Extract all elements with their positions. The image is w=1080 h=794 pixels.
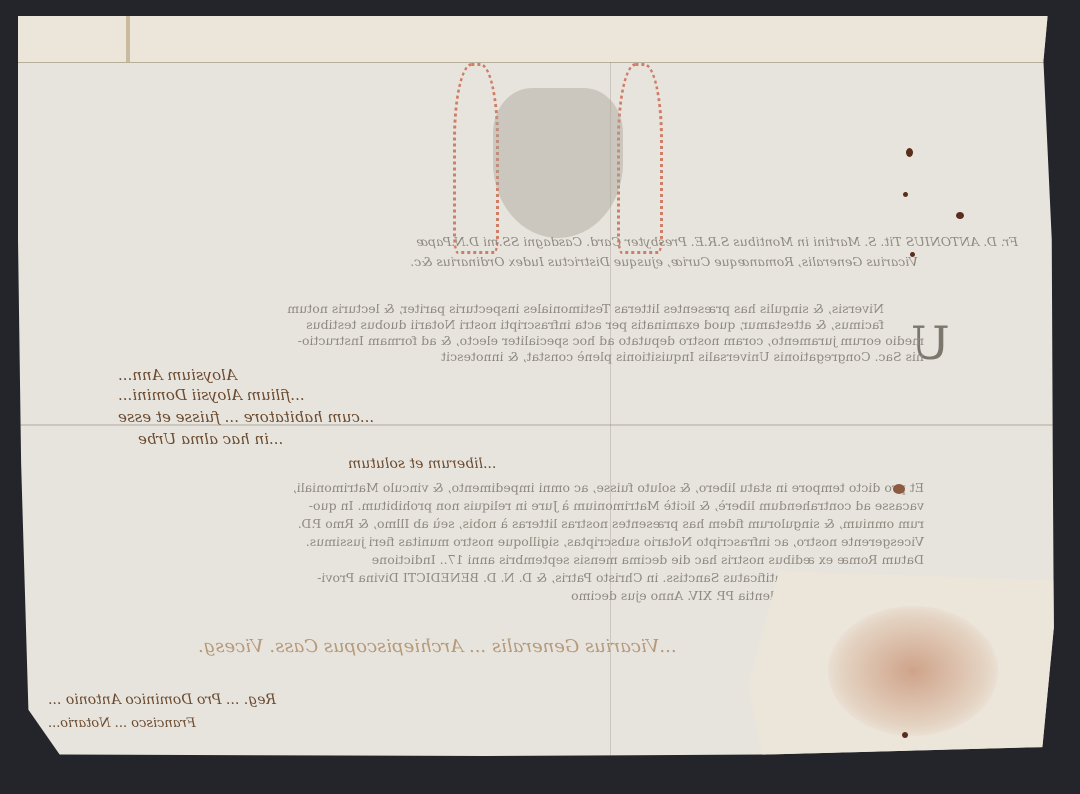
shield-emblem — [493, 88, 623, 238]
handwritten-line: ...liberum et solutum — [348, 456, 496, 472]
folded-top-strip — [18, 16, 1058, 63]
ink-spot — [893, 484, 905, 494]
body-bottom-line: dentia PP. XIV. Anno ejus decimo — [578, 588, 778, 603]
header-line-2: Vicarius Generalis, Romanæque Curiæ, eju… — [278, 254, 918, 269]
ink-spot — [903, 192, 908, 197]
body-bottom-line: Vicesgerente nostro, ac infrascripto Not… — [214, 534, 924, 549]
body-top-line: nis Sac. Congregationis Universalis Inqu… — [114, 349, 924, 364]
signature-notary-2: Francisco ... Notario... — [48, 716, 196, 731]
handwritten-line: ...in hac alma Urbe — [138, 430, 283, 448]
body-top-line: facimus, & attestamur, quod examinatis p… — [114, 317, 884, 332]
ink-spot — [956, 212, 964, 219]
handwritten-line: ...filium Aloysii Domini... — [118, 386, 305, 404]
document-page: Fr. D. ANTONIUS Tit. S. Martini in Monti… — [18, 16, 1058, 762]
ink-spot — [906, 148, 913, 157]
body-bottom-line: Datum Romæ ex ædibus nostris hac die dec… — [214, 552, 924, 567]
body-bottom-line: vacasse ad contrahendum liberè, & licitè… — [214, 498, 924, 513]
stain-mark — [126, 16, 130, 62]
ink-spot — [902, 732, 908, 738]
handwritten-line: Aloysium Ann... — [118, 366, 237, 384]
ink-spot — [910, 252, 915, 257]
coat-of-arms-icon — [448, 63, 668, 248]
body-bottom-line: Et pro dicto tempore in statu libero, & … — [214, 480, 924, 495]
red-seal-stain — [828, 606, 998, 736]
body-top-line: medio eorum juramento, coram nostro depu… — [114, 333, 924, 348]
red-drape-right — [617, 63, 663, 254]
handwritten-line: ...cum habitatore ... fuisse et esse — [118, 408, 374, 426]
signature-faded: ...Vicarius Generalis ... Archiepiscopus… — [198, 636, 677, 657]
signature-notary: Reg. ... Pro Dominico Antonio ... — [48, 692, 276, 708]
header-line-1: Fr. D. ANTONIUS Tit. S. Martini in Monti… — [248, 234, 1018, 249]
body-top-line: Niversis, & singulis has præsentes litte… — [114, 301, 884, 316]
body-bottom-line: rum omnium, & singulorum fidem has præse… — [214, 516, 924, 531]
body-bottom-line: ... Pontificatus Sanctiss. in Christo Pa… — [214, 570, 814, 585]
